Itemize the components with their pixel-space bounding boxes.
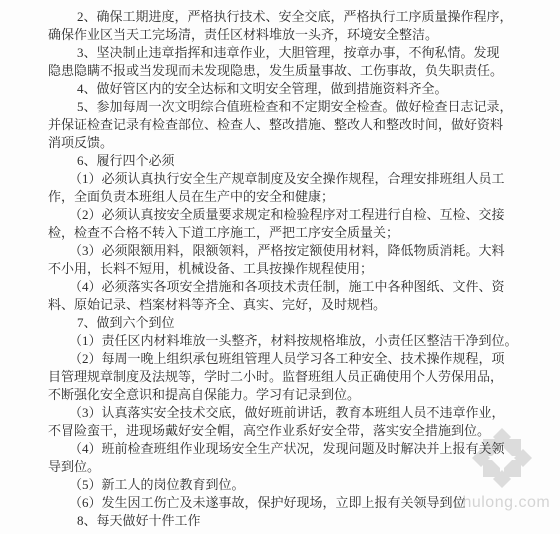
document-line: 隐患隐瞒不报或当发现而未发现隐患，发生质量事故、工伤事故，负失职责任。: [48, 62, 514, 80]
document-line: （4）必须落实各项安全措施和各项技术责任制，施工中各种图纸、文件、资: [48, 278, 514, 296]
document-line: （4）班前检查班组作业现场安全生产状况，发现问题及时解决并上报有关领: [48, 440, 514, 458]
document-line: 7、做到六个到位: [48, 314, 514, 332]
document-line: （2）必须认真按安全质量要求规定和检验程序对工程进行自检、互检、交接: [48, 206, 514, 224]
document-line: （3）必须限额用料，限额领料，严格按定额使用材料，降低物质消耗。大料: [48, 242, 514, 260]
document-line: 不冒险蛮干，进现场戴好安全帽，高空作业系好安全带，落实安全措施到位。: [48, 422, 514, 440]
document-line: 不断强化安全意识和提高自保能力。学习有记录到位。: [48, 386, 514, 404]
document-line: 导到位。: [48, 458, 514, 476]
document-line: 3、坚决制止违章指挥和违章作业，大胆管理，按章办事，不徇私情。发现: [48, 44, 514, 62]
document-line: 4、做好管区内的安全达标和文明安全管理，做到措施资料齐全。: [48, 80, 514, 98]
document-line: （3）认真落实安全技术交底，做好班前讲话，教育本班组人员不违章作业，: [48, 404, 514, 422]
document-line: 6、履行四个必须: [48, 152, 514, 170]
document-line: 确保作业区当天工完场清，责任区材料堆放一头齐，环境安全整洁。: [48, 26, 514, 44]
document-line: 5、参加每周一次文明综合值班检查和不定期安全检查。做好检查日志记录，: [48, 98, 514, 116]
document-line: （1）责任区内材料堆放一头整齐，材料按规格堆放，小责任区整洁干净到位。: [48, 332, 514, 350]
document-line: 料、原始记录、档案材料等齐全、真实、完好，及时规档。: [48, 296, 514, 314]
document-page: .zhulong.com 2、确保工期进度，严格执行技术、安全交底，严格执行工序…: [0, 0, 560, 534]
document-line: 8、每天做好十件工作: [48, 512, 514, 530]
document-line: （1）必须认真执行安全生产规章制度及安全操作规程，合理安排班组人员工: [48, 170, 514, 188]
document-body: 2、确保工期进度，严格执行技术、安全交底，严格执行工序质量操作程序，确保作业区当…: [48, 8, 514, 530]
document-line: 并保证检查记录有检查部位、检查人、整改措施、整改人和整改时间，做好资料: [48, 116, 514, 134]
document-line: 2、确保工期进度，严格执行技术、安全交底，严格执行工序质量操作程序，: [48, 8, 514, 26]
document-line: （5）新工人的岗位教育到位。: [48, 476, 514, 494]
document-line: 检，检查不合格不转入下道工序施工，严把工序安全质量关；: [48, 224, 514, 242]
document-line: 作，全面负责本班组人员在生产中的安全和健康；: [48, 188, 514, 206]
document-line: （6）发生因工伤亡及未遂事故，保护好现场，立即上报有关领导到位: [48, 494, 514, 512]
document-line: 不小用，长料不短用，机械设备、工具按操作规程使用；: [48, 260, 514, 278]
document-line: 消项反馈。: [48, 134, 514, 152]
document-line: （2）每周一晚上组织承包班组管理人员学习各工种安全、技术操作规程，项: [48, 350, 514, 368]
document-line: 目管理规章制度及法规等，学时二小时。监督班组人员正确使用个人劳保用品，: [48, 368, 514, 386]
